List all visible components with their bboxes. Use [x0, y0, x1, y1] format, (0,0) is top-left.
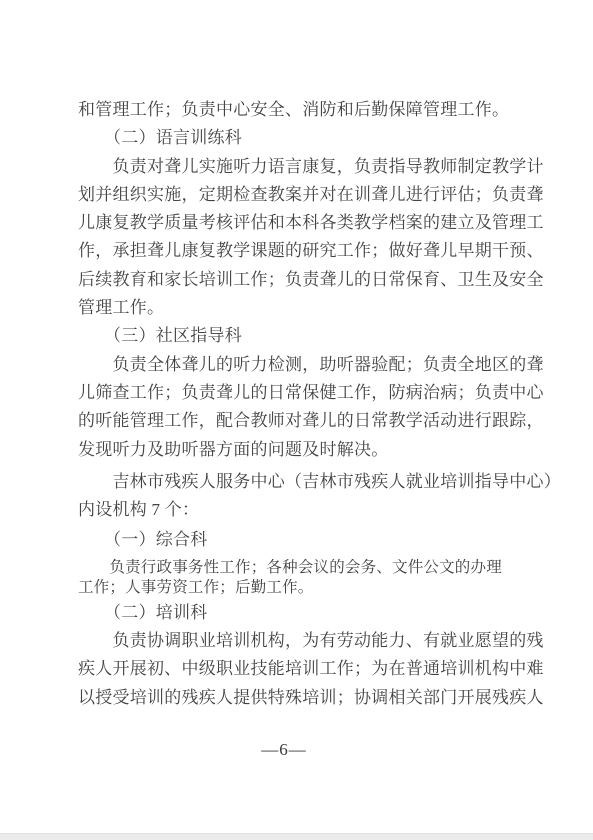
text-line: 负责全体聋儿的听力检测，助听器验配；负责全地区的聋: [78, 351, 545, 379]
text-line: 作，承担聋儿康复教学课题的研究工作；做好聋儿早期干预、: [78, 237, 545, 265]
text-line: （三）社区指导科: [78, 322, 545, 350]
document-text-block: 和管理工作；负责中心安全、消防和后勤保障管理工作。 （二）语言训练科 负责对聋儿…: [78, 96, 545, 712]
text-line: 儿康复教学质量考核评估和本科各类教学档案的建立及管理工: [78, 209, 545, 237]
text-line: 管理工作。: [78, 294, 545, 322]
text-line: 以授受培训的残疾人提供特殊培训；协调相关部门开展残疾人: [78, 684, 545, 712]
text-line: 的听能管理工作，配合教师对聋儿的日常教学活动进行跟踪，: [78, 407, 545, 435]
text-line: （一）综合科: [78, 526, 545, 554]
text-line: 负责协调职业培训机构，为有劳动能力、有就业愿望的残: [78, 627, 545, 655]
text-line: 和管理工作；负责中心安全、消防和后勤保障管理工作。: [78, 96, 545, 124]
text-line: 负责对聋儿实施听力语言康复，负责指导教师制定教学计: [78, 153, 545, 181]
document-page: 和管理工作；负责中心安全、消防和后勤保障管理工作。 （二）语言训练科 负责对聋儿…: [0, 0, 593, 840]
text-line: 吉林市残疾人服务中心（吉林市残疾人就业培训指导中心）: [78, 468, 545, 496]
text-line: 疾人开展初、中级职业技能培训工作；为在普通培训机构中难: [78, 655, 545, 683]
page-bottom-edge: [0, 833, 593, 840]
text-line: 工作；人事劳资工作；后勤工作。: [78, 578, 545, 598]
text-line: （二）培训科: [78, 599, 545, 627]
page-number: —6—: [0, 740, 568, 760]
text-line: 儿筛查工作；负责聋儿的日常保健工作，防病治病；负责中心: [78, 379, 545, 407]
text-line: 后续教育和家长培训工作；负责聋儿的日常保育、卫生及安全: [78, 266, 545, 294]
text-line: 内设机构 7 个：: [78, 496, 545, 524]
text-line: 划并组织实施，定期检查教案并对在训聋儿进行评估；负责聋: [78, 181, 545, 209]
text-line: （二）语言训练科: [78, 124, 545, 152]
text-line: 发现听力及助听器方面的问题及时解决。: [78, 436, 545, 464]
text-line: 负责行政事务性工作；各种会议的会务、文件公文的办理: [78, 558, 545, 578]
